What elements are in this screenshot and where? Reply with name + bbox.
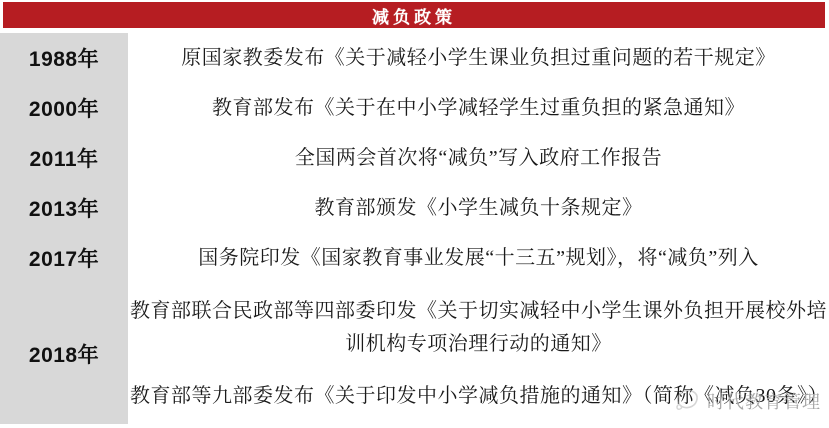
page-title: 减负政策 xyxy=(372,3,456,28)
policy-text: 教育部联合民政部等四部委印发《关于切实减轻中小学生课外负担开展校外培训机构专项治… xyxy=(130,295,827,361)
year-label: 1988年 xyxy=(29,43,99,73)
policy-cell: 教育部颁发《小学生减负十条规定》 xyxy=(128,183,829,233)
year-label: 2018年 xyxy=(29,339,99,369)
year-label: 2013年 xyxy=(29,193,99,223)
year-label: 2000年 xyxy=(29,93,99,123)
year-label: 2011年 xyxy=(29,143,98,173)
table-row: 2013年 教育部颁发《小学生减负十条规定》 xyxy=(0,183,829,233)
year-cell: 2011年 xyxy=(0,133,128,183)
year-label: 2017年 xyxy=(29,243,99,273)
policy-table: 1988年 原国家教委发布《关于减轻小学生课业负担过重问题的若干规定》 2000… xyxy=(0,33,829,424)
year-cell: 2017年 xyxy=(0,233,128,283)
policy-cell: 原国家教委发布《关于减轻小学生课业负担过重问题的若干规定》 xyxy=(128,33,829,83)
policy-cell: 教育部发布《关于在中小学减轻学生过重负担的紧急通知》 xyxy=(128,83,829,133)
policy-text: 教育部发布《关于在中小学减轻学生过重负担的紧急通知》 xyxy=(212,92,745,125)
year-cell: 2013年 xyxy=(0,183,128,233)
year-cell: 2000年 xyxy=(0,83,128,133)
policy-cell: 国务院印发《国家教育事业发展“十三五”规划》，将“减负”列入 xyxy=(128,233,829,283)
policy-table-page: 减负政策 1988年 原国家教委发布《关于减轻小学生课业负担过重问题的若干规定》… xyxy=(0,2,829,428)
header-bar: 减负政策 xyxy=(3,2,825,28)
policy-text: 教育部颁发《小学生减负十条规定》 xyxy=(315,192,643,225)
policy-text: 国务院印发《国家教育事业发展“十三五”规划》，将“减负”列入 xyxy=(198,242,759,275)
policy-cell: 全国两会首次将“减负”写入政府工作报告 xyxy=(128,133,829,183)
table-row: 2018年 教育部联合民政部等四部委印发《关于切实减轻中小学生课外负担开展校外培… xyxy=(0,283,829,424)
year-cell: 2018年 xyxy=(0,283,128,424)
table-row: 1988年 原国家教委发布《关于减轻小学生课业负担过重问题的若干规定》 xyxy=(0,33,829,83)
policy-cell: 教育部联合民政部等四部委印发《关于切实减轻中小学生课外负担开展校外培训机构专项治… xyxy=(128,283,829,424)
year-cell: 1988年 xyxy=(0,33,128,83)
table-row: 2000年 教育部发布《关于在中小学减轻学生过重负担的紧急通知》 xyxy=(0,83,829,133)
policy-text: 教育部等九部委发布《关于印发中小学减负措施的通知》（简称《减负30条》） xyxy=(130,380,827,413)
table-row: 2011年 全国两会首次将“减负”写入政府工作报告 xyxy=(0,133,829,183)
policy-text: 全国两会首次将“减负”写入政府工作报告 xyxy=(295,142,662,175)
table-row: 2017年 国务院印发《国家教育事业发展“十三五”规划》，将“减负”列入 xyxy=(0,233,829,283)
policy-text: 原国家教委发布《关于减轻小学生课业负担过重问题的若干规定》 xyxy=(181,42,776,75)
